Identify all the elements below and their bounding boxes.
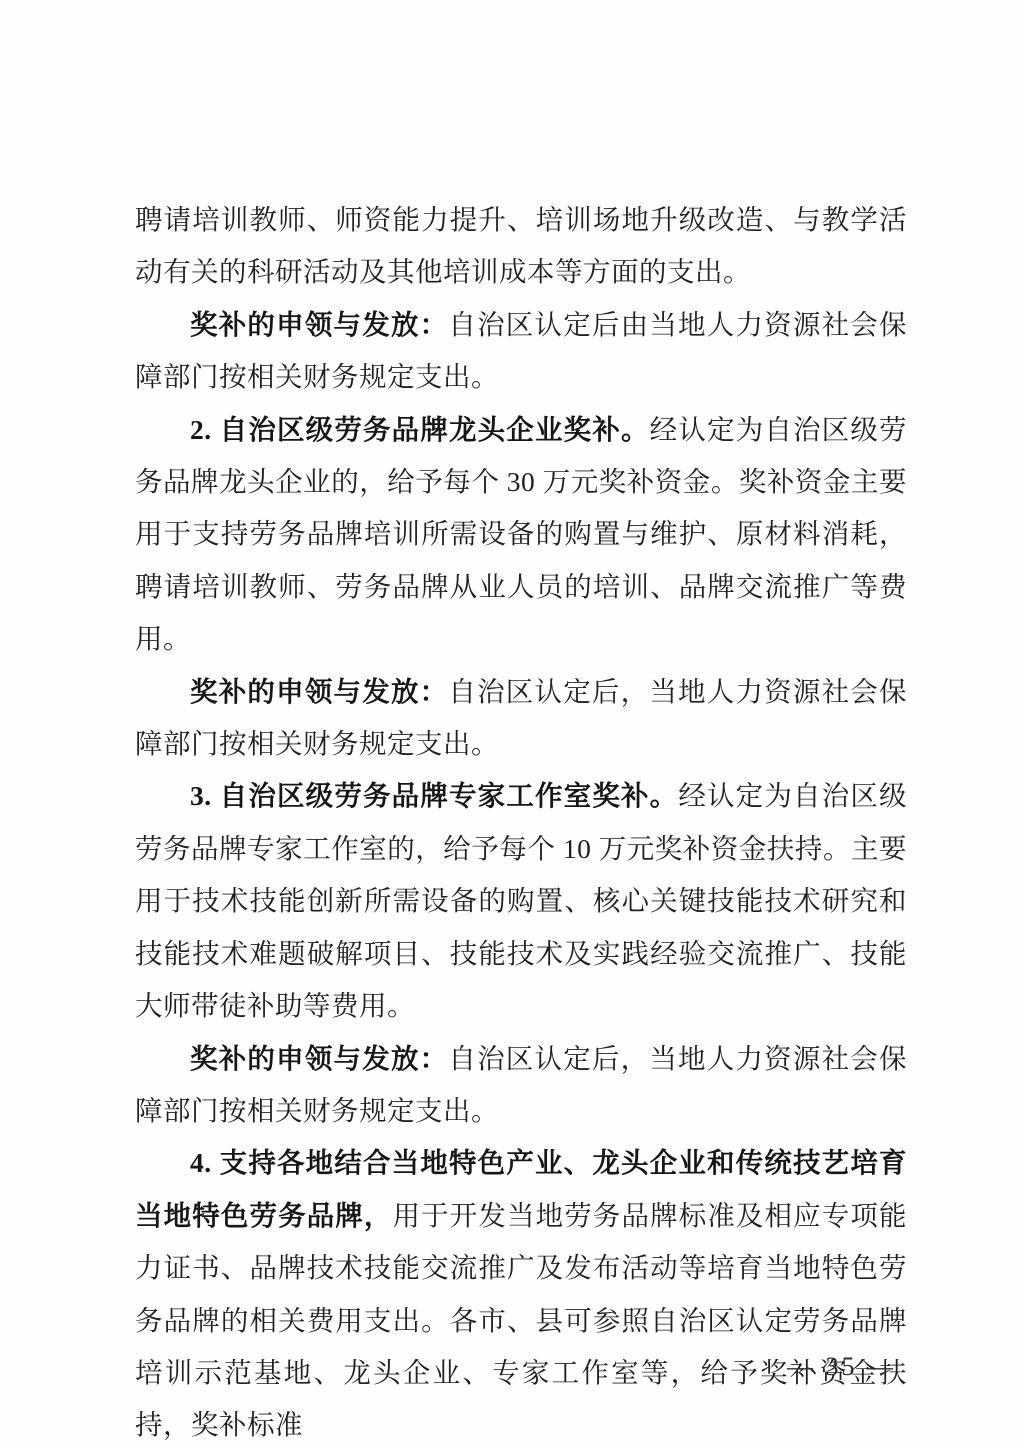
paragraph-item-4: 4. 支持各地结合当地特色产业、龙头企业和传统技艺培育当地特色劳务品牌，用于开发… (135, 1137, 907, 1447)
paragraph-award-claim-3: 奖补的申领与发放：自治区认定后，当地人力资源社会保障部门按相关财务规定支出。 (135, 1033, 907, 1138)
paragraph-text: 用于开发当地劳务品牌标准及相应专项能力证书、品牌技术技能交流推广及发布活动等培育… (135, 1200, 907, 1441)
paragraph-lead: 3. 自治区级劳务品牌专家工作室奖补。 (190, 780, 678, 811)
page-number: — 35 — (787, 1352, 896, 1382)
paragraph-continuation: 聘请培训教师、师资能力提升、培训场地升级改造、与教学活动有关的科研活动及其他培训… (135, 194, 907, 299)
paragraph-text: 经认定为自治区级劳务品牌专家工作室的，给予每个 10 万元奖补资金扶持。主要用于… (135, 780, 907, 1021)
paragraph-item-3: 3. 自治区级劳务品牌专家工作室奖补。经认定为自治区级劳务品牌专家工作室的，给予… (135, 770, 907, 1032)
document-page: 聘请培训教师、师资能力提升、培训场地升级改造、与教学活动有关的科研活动及其他培训… (0, 0, 1024, 1447)
document-body: 聘请培训教师、师资能力提升、培训场地升级改造、与教学活动有关的科研活动及其他培训… (135, 194, 907, 1447)
paragraph-award-claim-2: 奖补的申领与发放：自治区认定后，当地人力资源社会保障部门按相关财务规定支出。 (135, 666, 907, 771)
paragraph-text: 聘请培训教师、师资能力提升、培训场地升级改造、与教学活动有关的科研活动及其他培训… (135, 204, 907, 287)
paragraph-lead: 2. 自治区级劳务品牌龙头企业奖补。 (190, 414, 650, 445)
paragraph-award-claim-1: 奖补的申领与发放：自治区认定后由当地人力资源社会保障部门按相关财务规定支出。 (135, 299, 907, 404)
paragraph-item-2: 2. 自治区级劳务品牌龙头企业奖补。经认定为自治区级劳务品牌龙头企业的，给予每个… (135, 404, 907, 666)
paragraph-text: 经认定为自治区级劳务品牌龙头企业的，给予每个 30 万元奖补资金。奖补资金主要用… (135, 414, 907, 655)
paragraph-lead: 奖补的申领与发放： (190, 309, 448, 340)
paragraph-lead: 奖补的申领与发放： (190, 676, 448, 707)
paragraph-lead: 奖补的申领与发放： (190, 1043, 448, 1074)
